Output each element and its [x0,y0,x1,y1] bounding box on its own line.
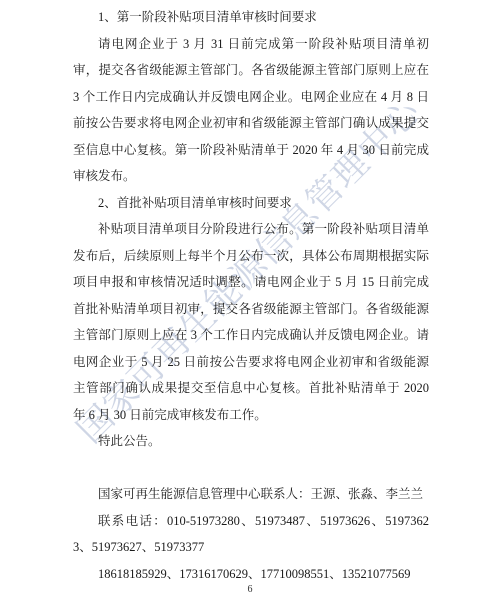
closing-line: 特此公告。 [73,428,429,455]
page-number: 6 [0,584,500,596]
section-1-paragraph: 请电网企业于 3 月 31 日前完成第一阶段补贴项目清单初审，提交各省级能源主管… [73,31,429,190]
section-1-heading: 1、第一阶段补贴项目清单审核时间要求 [73,4,429,31]
section-2-paragraph: 补贴项目清单项目分阶段进行公布。第一阶段补贴项目清单发布后，后续原则上每半个月公… [73,216,429,428]
document-content: 1、第一阶段补贴项目清单审核时间要求 请电网企业于 3 月 31 日前完成第一阶… [73,4,429,587]
blank-line [73,455,429,482]
section-2-heading: 2、首批补贴项目清单审核时间要求 [73,190,429,217]
contact-persons-line: 国家可再生能源信息管理中心联系人：王源、张淼、李兰兰 [73,481,429,508]
contact-phones-line: 联系电话：010-51973280、51973487、51973626、5197… [73,508,429,561]
document-page: 国家可再生能源信息管理中心 1、第一阶段补贴项目清单审核时间要求 请电网企业于 … [0,0,500,606]
